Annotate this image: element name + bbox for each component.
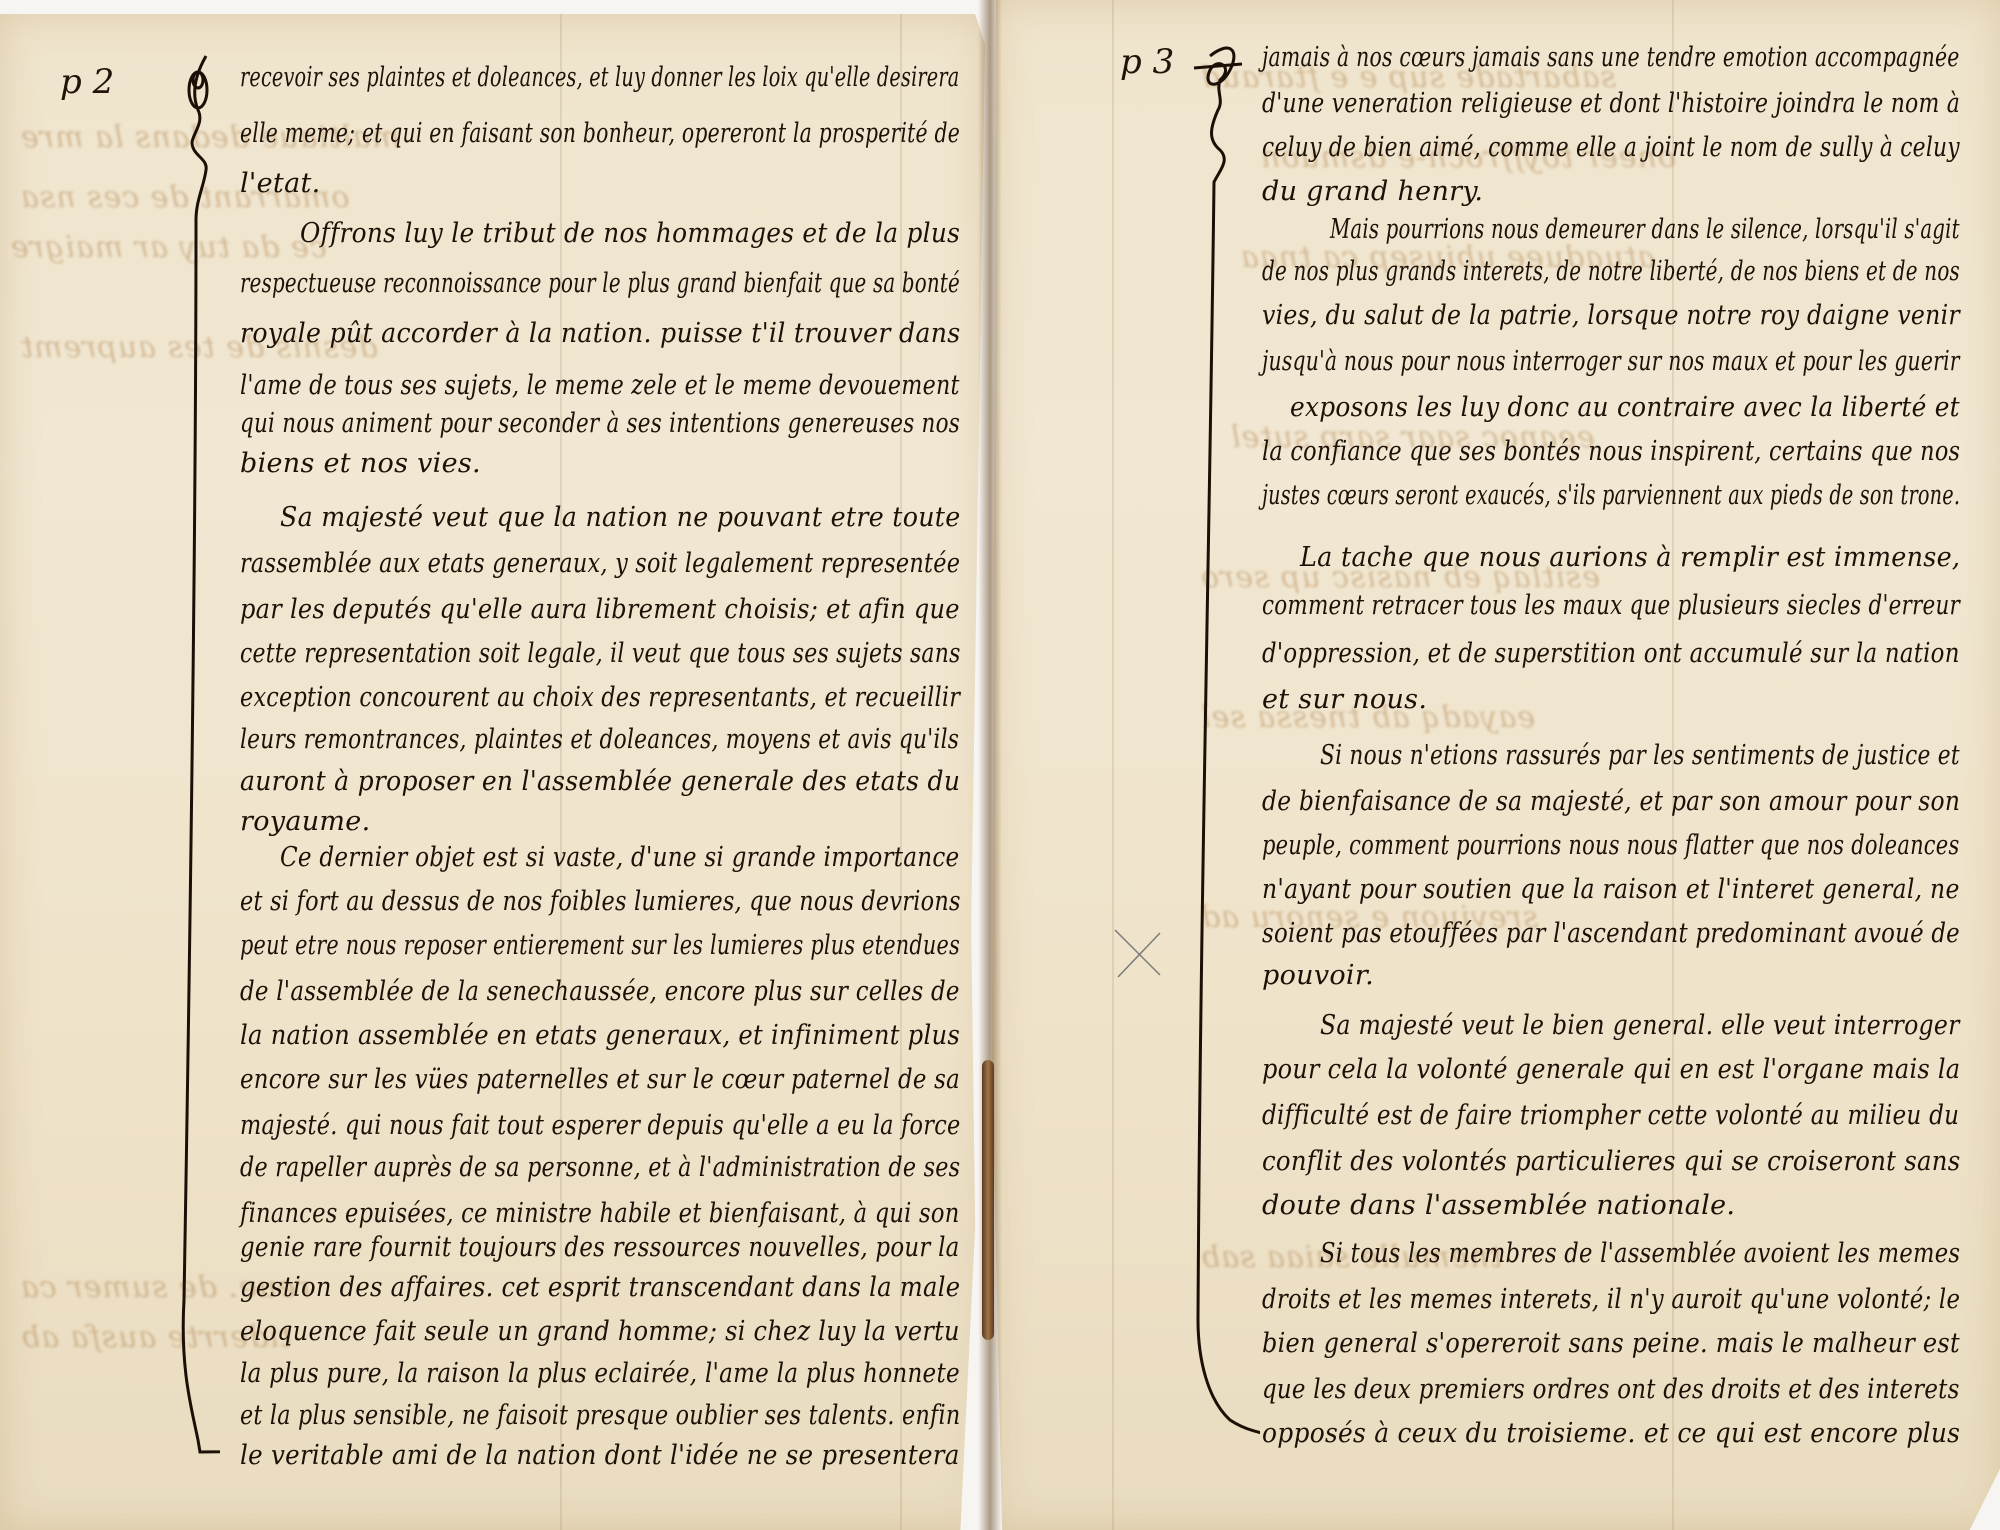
manuscript-line: qui nous animent pour seconder à ses int…: [240, 408, 960, 439]
manuscript-line: par les deputés qu'elle aura librement c…: [240, 594, 960, 625]
manuscript-line: la plus pure, la raison la plus eclairée…: [240, 1358, 960, 1389]
manuscript-line: pour cela la volonté generale qui en est…: [1262, 1054, 1960, 1085]
manuscript-line: de nos plus grands interets, de notre li…: [1262, 256, 1960, 287]
manuscript-line: vies, du salut de la patrie, lorsque not…: [1262, 300, 1960, 331]
manuscript-line: majesté. qui nous fait tout esperer depu…: [240, 1110, 961, 1141]
manuscript-line: opposés à ceux du troisieme. et ce qui e…: [1262, 1418, 1960, 1449]
manuscript-line: Ce dernier objet est si vaste, d'une si …: [280, 842, 959, 873]
manuscript-line: peut etre nous reposer entierement sur l…: [240, 930, 960, 961]
manuscript-line: celuy de bien aimé, comme elle a joint l…: [1262, 132, 1960, 163]
page-number-left: p 2: [60, 62, 114, 102]
manuscript-line: leurs remontrances, plaintes et doleance…: [240, 724, 959, 755]
manuscript-line: Si nous n'etions rassurés par les sentim…: [1320, 740, 1960, 771]
manuscript-line: pouvoir.: [1262, 960, 1374, 991]
manuscript-line: royale pût accorder à la nation. puisse …: [240, 318, 960, 349]
manuscript-line: encore sur les vües paternelles et sur l…: [240, 1064, 960, 1095]
manuscript-line: Si tous les membres de l'assemblée avoie…: [1320, 1238, 1960, 1269]
manuscript-line: l'ame de tous ses sujets, le meme zele e…: [240, 370, 960, 401]
manuscript-line: Sa majesté veut le bien general. elle ve…: [1320, 1010, 1960, 1041]
manuscript-line: la nation assemblée en etats generaux, e…: [240, 1020, 960, 1051]
manuscript-line: peuple, comment pourrions nous nous flat…: [1262, 830, 1959, 861]
manuscript-line: d'oppression, et de superstition ont acc…: [1262, 638, 1960, 669]
manuscript-line: l'etat.: [240, 168, 321, 199]
manuscript-line: et si fort au dessus de nos foibles lumi…: [240, 886, 961, 917]
manuscript-line: Sa majesté veut que la nation ne pouvant…: [280, 502, 961, 533]
manuscript-line: soient pas etouffées par l'ascendant pre…: [1262, 918, 1960, 949]
manuscript-line: Mais pourrions nous demeurer dans le sil…: [1330, 214, 1960, 245]
manuscript-line: royaume.: [240, 806, 370, 837]
manuscript-line: rassemblée aux etats generaux, y soit le…: [240, 548, 960, 579]
manuscript-line: respectueuse reconnoissance pour le plus…: [240, 268, 960, 299]
manuscript-line: de rapeller auprès de sa personne, et à …: [240, 1152, 960, 1183]
manuscript-line: doute dans l'assemblée nationale.: [1262, 1190, 1735, 1221]
manuscript-line: du grand henry.: [1262, 176, 1483, 207]
manuscript-line: bien general s'opereroit sans peine. mai…: [1262, 1328, 1960, 1359]
manuscript-line: finances epuisées, ce ministre habile et…: [240, 1198, 959, 1229]
manuscript-line: Offrons luy le tribut de nos hommages et…: [300, 218, 960, 249]
manuscript-line: cette representation soit legale, il veu…: [240, 638, 961, 669]
manuscript-line: que les deux premiers ordres ont des dro…: [1262, 1374, 1960, 1405]
manuscript-line: jusqu'à nous pour nous interroger sur no…: [1262, 346, 1960, 377]
manuscript-line: la confiance que ses bontés nous inspire…: [1262, 436, 1960, 467]
manuscript-line: justes cœurs seront exaucés, s'ils parvi…: [1262, 480, 1960, 511]
manuscript-line: conflit des volontés particulieres qui s…: [1262, 1146, 1961, 1177]
fold-crease: [1112, 0, 1114, 1530]
manuscript-line: gestion des affaires. cet esprit transce…: [240, 1272, 960, 1303]
manuscript-line: genie rare fournit toujours des ressourc…: [240, 1232, 960, 1263]
page-number-right: p 3: [1120, 42, 1174, 82]
manuscript-line: auront à proposer en l'assemblée general…: [240, 766, 960, 797]
left-margin-border-line: [140, 50, 220, 1500]
manuscript-line: de l'assemblée de la senechaussée, encor…: [240, 976, 960, 1007]
manuscript-line: droits et les memes interets, il n'y aur…: [1262, 1284, 1960, 1315]
binding-strip: [982, 1060, 994, 1340]
right-margin-border-line: [1180, 20, 1260, 1500]
pencil-x-mark: [1110, 925, 1170, 985]
manuscript-line: exposons les luy donc au contraire avec …: [1290, 392, 1960, 423]
manuscript-line: et sur nous.: [1262, 684, 1427, 715]
manuscript-line: difficulté est de faire triompher cette …: [1262, 1100, 1959, 1131]
manuscript-line: comment retracer tous les maux que plusi…: [1262, 590, 1960, 621]
manuscript-line: et la plus sensible, ne faisoit presque …: [240, 1400, 960, 1431]
manuscript-line: eloquence fait seule un grand homme; si …: [240, 1316, 960, 1347]
manuscript-line: exception concourent au choix des repres…: [240, 682, 960, 713]
manuscript-line: elle meme; et qui en faisant son bonheur…: [240, 118, 960, 149]
manuscript-line: le veritable ami de la nation dont l'idé…: [240, 1440, 960, 1471]
manuscript-line: biens et nos vies.: [240, 448, 481, 479]
manuscript-line: jamais à nos cœurs jamais sans une tendr…: [1262, 42, 1960, 73]
manuscript-line: de bienfaisance de sa majesté, et par so…: [1262, 786, 1960, 817]
manuscript-line: n'ayant pour soutien que la raison et l'…: [1262, 874, 1960, 905]
manuscript-line: La tache que nous aurions à remplir est …: [1300, 542, 1960, 573]
manuscript-line: d'une veneration religieuse et dont l'hi…: [1262, 88, 1960, 119]
manuscript-line: recevoir ses plaintes et doleances, et l…: [240, 62, 752, 93]
